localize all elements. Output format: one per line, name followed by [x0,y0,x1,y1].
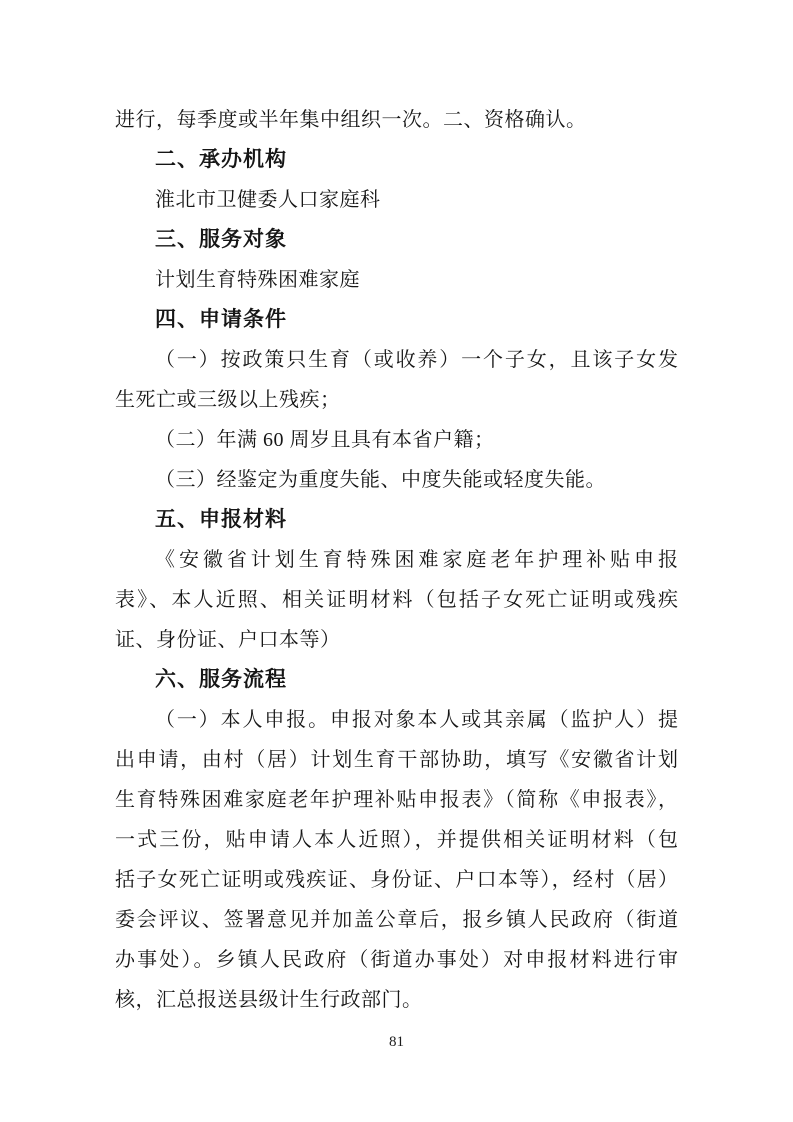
text-line: （一）按政策只生育（或收养）一个子女，且该子女发 [115,340,678,380]
section-heading: 四、申请条件 [115,300,678,340]
text-line: （三）经鉴定为重度失能、中度失能或轻度失能。 [115,460,678,500]
section-heading: 六、服务流程 [115,660,678,700]
section-heading: 二、承办机构 [115,140,678,180]
text-line: 计划生育特殊困难家庭 [115,260,678,300]
text-line: 出申请，由村（居）计划生育干部协助，填写《安徽省计划 [115,740,678,780]
text-line: 淮北市卫健委人口家庭科 [115,180,678,220]
text-line: 办事处）。乡镇人民政府（街道办事处）对申报材料进行审 [115,940,678,980]
text-line: （一）本人申报。申报对象本人或其亲属（监护人）提 [115,700,678,740]
text-line: 生育特殊困难家庭老年护理补贴申报表》（简称《申报表》， [115,780,678,820]
text-line: 进行，每季度或半年集中组织一次。二、资格确认。 [115,100,678,140]
text-line: 一式三份，贴申请人本人近照），并提供相关证明材料（包 [115,820,678,860]
text-line: 委会评议、签署意见并加盖公章后，报乡镇人民政府（街道 [115,900,678,940]
text-line: 核，汇总报送县级计生行政部门。 [115,980,678,1020]
text-line: 证、身份证、户口本等） [115,620,678,660]
text-line: 括子女死亡证明或残疾证、身份证、户口本等），经村（居） [115,860,678,900]
text-line: （二）年满 60 周岁且具有本省户籍； [115,420,678,460]
page-number: 81 [0,1034,793,1051]
section-heading: 五、申报材料 [115,500,678,540]
text-line: 生死亡或三级以上残疾； [115,380,678,420]
text-line: 《安徽省计划生育特殊困难家庭老年护理补贴申报 [115,540,678,580]
document-page: 进行，每季度或半年集中组织一次。二、资格确认。二、承办机构淮北市卫健委人口家庭科… [0,0,793,1122]
page-body: 进行，每季度或半年集中组织一次。二、资格确认。二、承办机构淮北市卫健委人口家庭科… [115,100,678,1020]
text-line: 表》、本人近照、相关证明材料（包括子女死亡证明或残疾 [115,580,678,620]
section-heading: 三、服务对象 [115,220,678,260]
